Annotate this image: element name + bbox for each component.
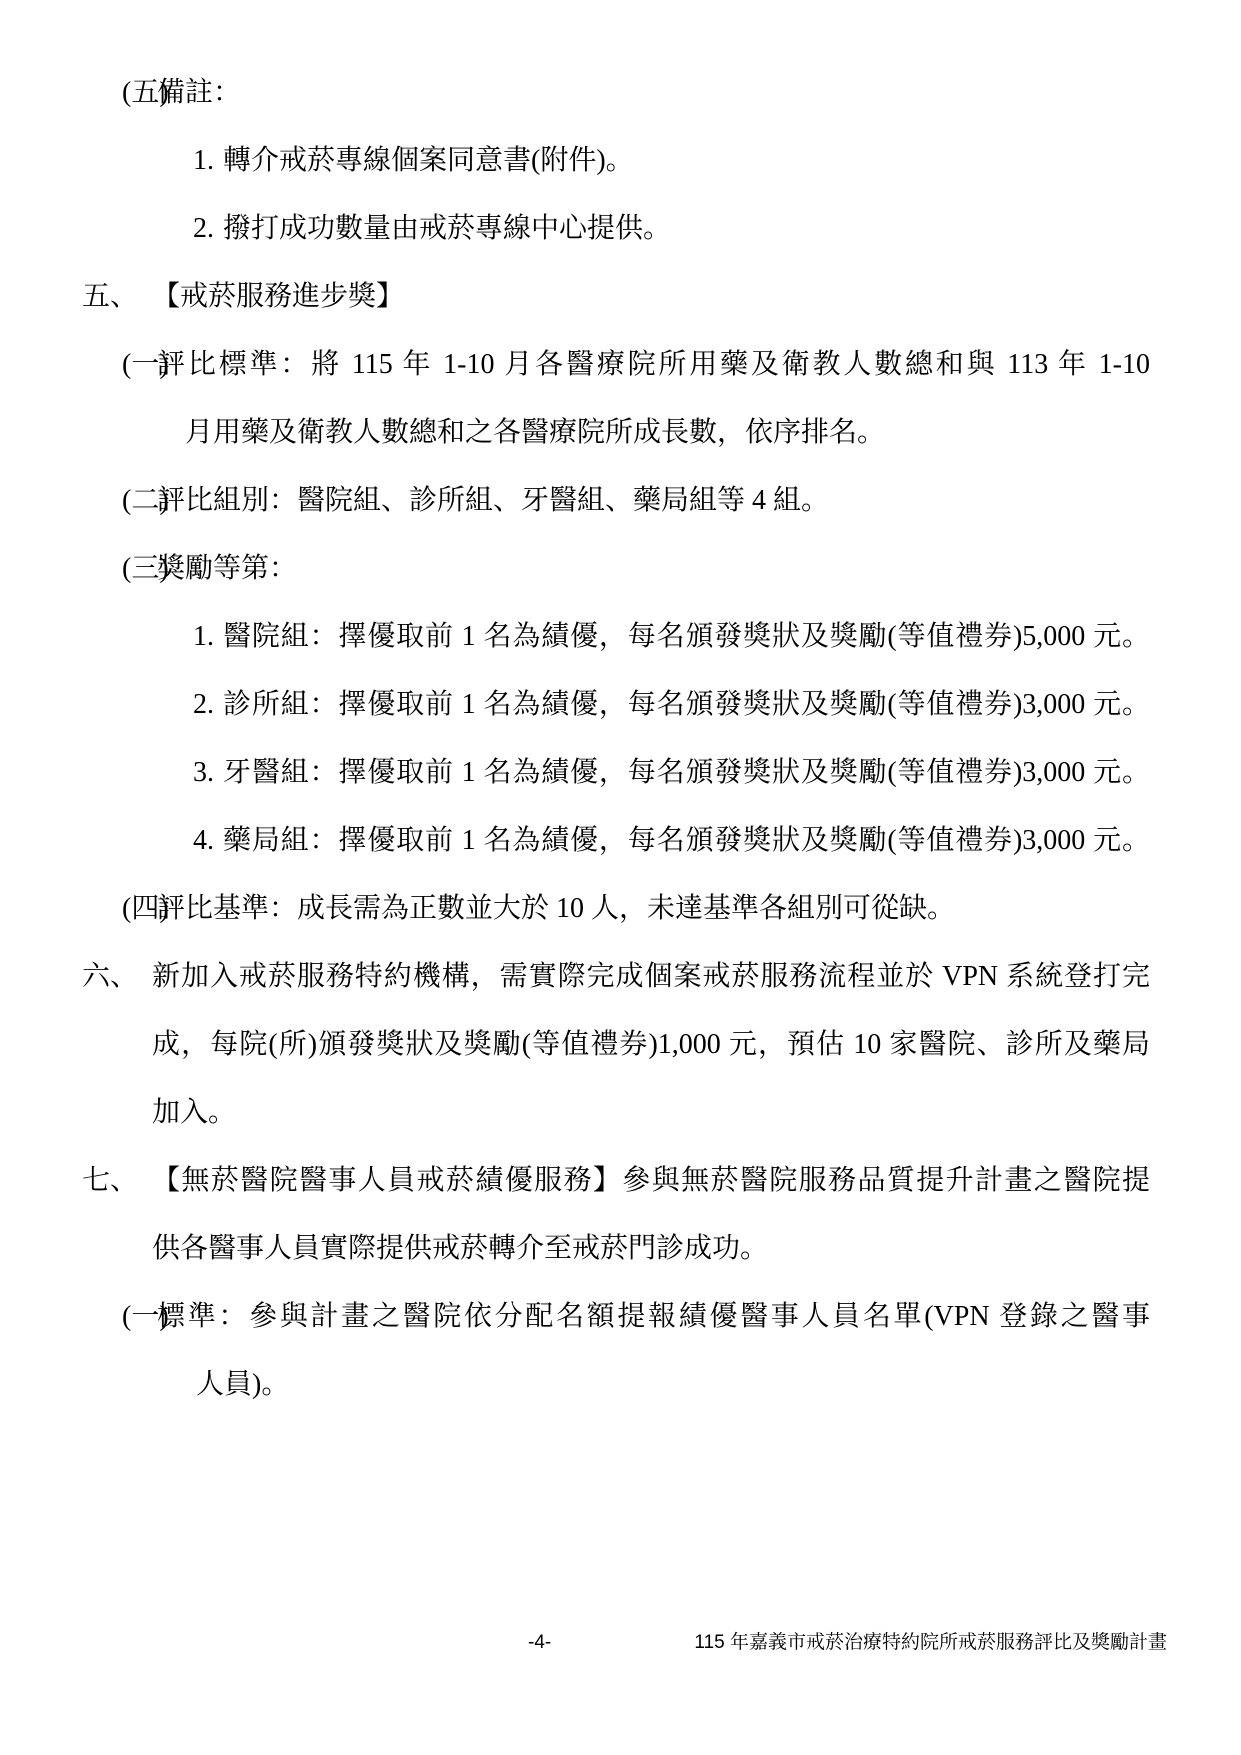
text-line: (三)獎勵等第： <box>122 535 1150 603</box>
list-marker: (二) <box>122 467 157 535</box>
list-marker: 2. <box>193 195 223 263</box>
text-line: (一)標準：參與計畫之醫院依分配名額提報績優醫事人員名單(VPN 登錄之醫事 <box>122 1283 1150 1351</box>
text-line: 加入。 <box>152 1079 1150 1147</box>
list-marker: (一) <box>122 331 157 399</box>
list-marker: (五) <box>122 59 157 127</box>
text-line: 月用藥及衛教人數總和之各醫療院所成長數，依序排名。 <box>185 399 1150 467</box>
text-line: 1.醫院組：擇優取前 1 名為績優，每名頒發獎狀及獎勵(等值禮券)5,000 元… <box>193 603 1150 671</box>
line-text: 加入。 <box>152 1079 236 1147</box>
text-line: 七、【無菸醫院醫事人員戒菸績優服務】參與無菸醫院服務品質提升計畫之醫院提 <box>82 1147 1150 1215</box>
text-line: (五)備註： <box>122 59 1150 127</box>
line-text: 備註： <box>157 59 241 127</box>
list-marker: 七、 <box>82 1147 152 1215</box>
text-line: 六、新加入戒菸服務特約機構，需實際完成個案戒菸服務流程並於 VPN 系統登打完 <box>82 943 1150 1011</box>
list-marker: 3. <box>193 739 223 807</box>
line-text: 月用藥及衛教人數總和之各醫療院所成長數，依序排名。 <box>185 399 885 467</box>
list-marker: 五、 <box>82 263 152 331</box>
text-line: 成，每院(所)頒發獎狀及獎勵(等值禮券)1,000 元，預估 10 家醫院、診所… <box>152 1011 1150 1079</box>
line-text: 供各醫事人員實際提供戒菸轉介至戒菸門診成功。 <box>152 1215 768 1283</box>
line-text: 醫院組：擇優取前 1 名為績優，每名頒發獎狀及獎勵(等值禮券)5,000 元。 <box>223 603 1150 671</box>
line-text: 評比標準：將 115 年 1-10 月各醫療院所用藥及衛教人數總和與 113 年… <box>157 331 1150 399</box>
text-line: 2.診所組：擇優取前 1 名為績優，每名頒發獎狀及獎勵(等值禮券)3,000 元… <box>193 671 1150 739</box>
page-number: -4- <box>528 1630 551 1656</box>
line-text: 診所組：擇優取前 1 名為績優，每名頒發獎狀及獎勵(等值禮券)3,000 元。 <box>223 671 1150 739</box>
list-marker: (三) <box>122 535 157 603</box>
line-text: 牙醫組：擇優取前 1 名為績優，每名頒發獎狀及獎勵(等值禮券)3,000 元。 <box>223 739 1150 807</box>
line-text: 藥局組：擇優取前 1 名為績優，每名頒發獎狀及獎勵(等值禮券)3,000 元。 <box>223 807 1150 875</box>
text-line: 1.轉介戒菸專線個案同意書(附件)。 <box>193 127 1150 195</box>
text-line: 4.藥局組：擇優取前 1 名為績優，每名頒發獎狀及獎勵(等值禮券)3,000 元… <box>193 807 1150 875</box>
list-marker: (一) <box>122 1283 157 1351</box>
line-text: 評比組別：醫院組、診所組、牙醫組、藥局組等 4 組。 <box>157 467 829 535</box>
line-text: 【戒菸服務進步獎】 <box>152 263 404 331</box>
text-line: 供各醫事人員實際提供戒菸轉介至戒菸門診成功。 <box>152 1215 1150 1283</box>
text-line: 五、【戒菸服務進步獎】 <box>82 263 1150 331</box>
line-text: 轉介戒菸專線個案同意書(附件)。 <box>223 127 634 195</box>
line-text: 成，每院(所)頒發獎狀及獎勵(等值禮券)1,000 元，預估 10 家醫院、診所… <box>152 1011 1150 1079</box>
page-footer: -4- 115 年嘉義市戒菸治療特約院所戒菸服務評比及獎勵計畫 <box>0 1630 1241 1664</box>
list-marker: 4. <box>193 807 223 875</box>
line-text: 撥打成功數量由戒菸專線中心提供。 <box>223 195 671 263</box>
text-line: (一)評比標準：將 115 年 1-10 月各醫療院所用藥及衛教人數總和與 11… <box>122 331 1150 399</box>
text-line: 3.牙醫組：擇優取前 1 名為績優，每名頒發獎狀及獎勵(等值禮券)3,000 元… <box>193 739 1150 807</box>
text-line: 2.撥打成功數量由戒菸專線中心提供。 <box>193 195 1150 263</box>
line-text: 評比基準：成長需為正數並大於 10 人，未達基準各組別可從缺。 <box>157 875 955 943</box>
footer-document-title: 115 年嘉義市戒菸治療特約院所戒菸服務評比及獎勵計畫 <box>694 1630 1167 1656</box>
list-marker: 六、 <box>82 943 152 1011</box>
document-page: (五)備註：1.轉介戒菸專線個案同意書(附件)。2.撥打成功數量由戒菸專線中心提… <box>0 0 1241 1755</box>
line-text: 【無菸醫院醫事人員戒菸績優服務】參與無菸醫院服務品質提升計畫之醫院提 <box>152 1147 1150 1215</box>
list-marker: 1. <box>193 603 223 671</box>
list-marker: 1. <box>193 127 223 195</box>
line-text: 獎勵等第： <box>157 535 297 603</box>
line-text: 人員)。 <box>196 1351 289 1419</box>
list-marker: 2. <box>193 671 223 739</box>
text-line: (二)評比組別：醫院組、診所組、牙醫組、藥局組等 4 組。 <box>122 467 1150 535</box>
list-marker: (四) <box>122 875 157 943</box>
line-text: 標準：參與計畫之醫院依分配名額提報績優醫事人員名單(VPN 登錄之醫事 <box>157 1283 1150 1351</box>
text-line: (四)評比基準：成長需為正數並大於 10 人，未達基準各組別可從缺。 <box>122 875 1150 943</box>
line-text: 新加入戒菸服務特約機構，需實際完成個案戒菸服務流程並於 VPN 系統登打完 <box>152 943 1150 1011</box>
document-body: (五)備註：1.轉介戒菸專線個案同意書(附件)。2.撥打成功數量由戒菸專線中心提… <box>0 59 1241 1419</box>
text-line: 人員)。 <box>196 1351 1150 1419</box>
